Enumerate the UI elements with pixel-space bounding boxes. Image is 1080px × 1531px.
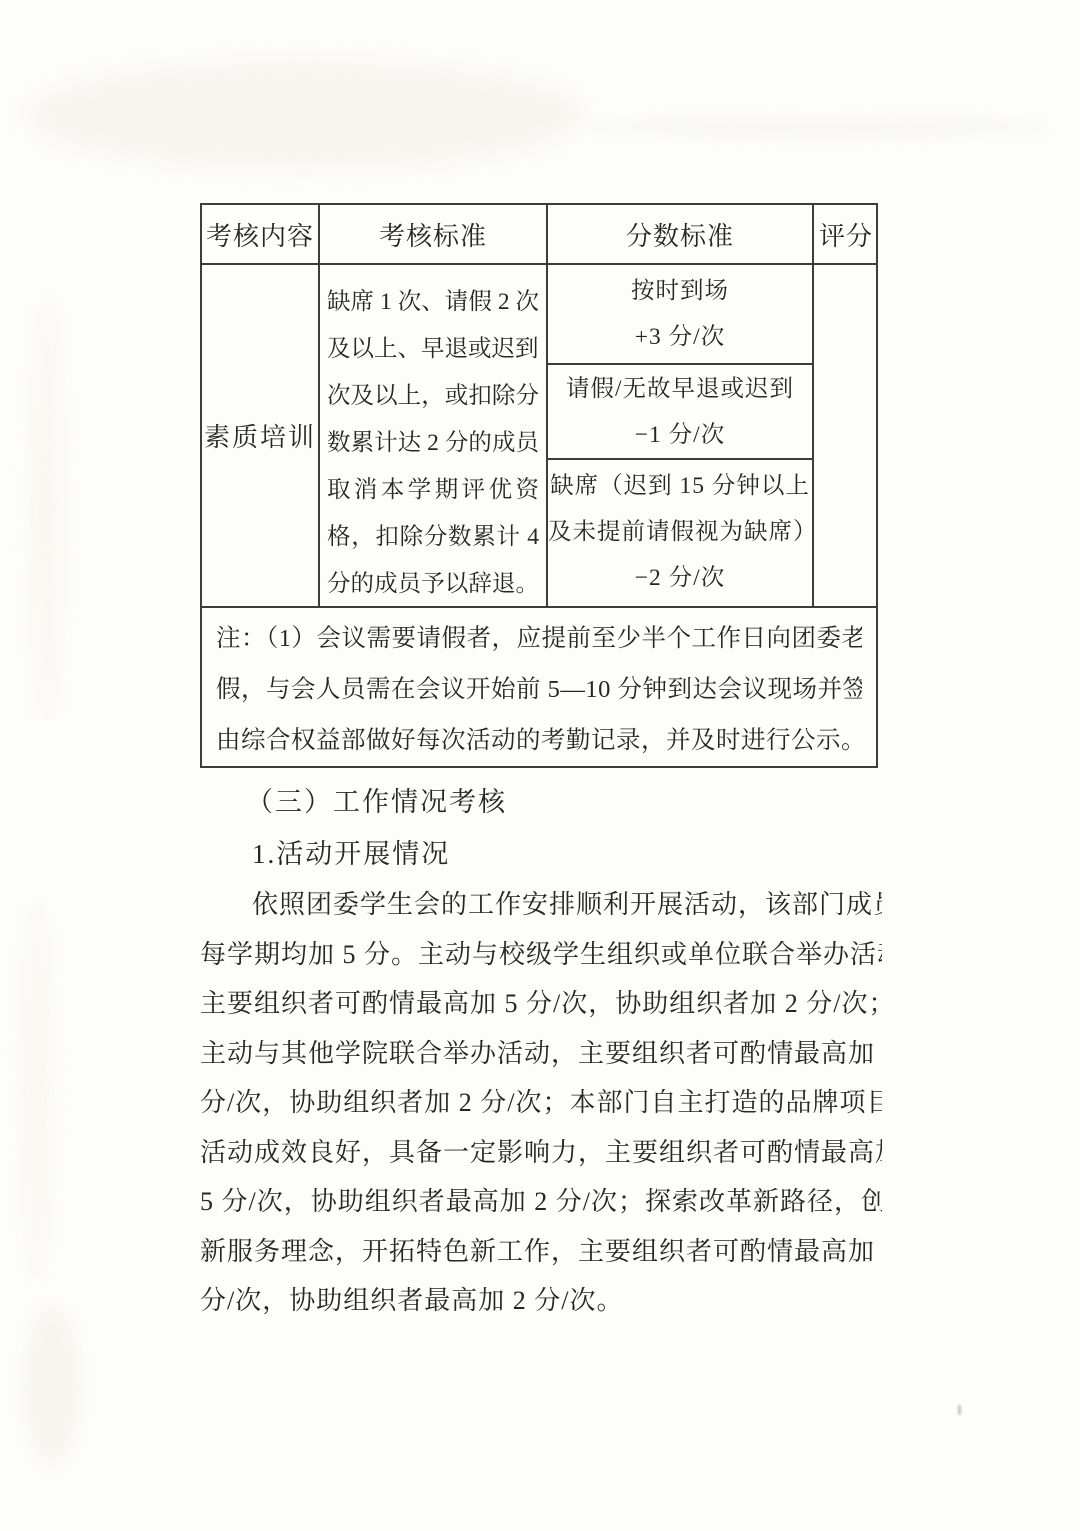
- assessment-table: 考核内容 考核标准 分数标准 评分 素质培训 缺席 1 次、请假 2 次 及以上…: [200, 203, 878, 768]
- scan-smudge: [590, 118, 1050, 136]
- scan-smudge: [25, 60, 585, 170]
- scan-smudge: [24, 1305, 80, 1465]
- cell-score-empty: [814, 265, 878, 606]
- section-subheading: 1.活动开展情况: [200, 828, 882, 880]
- criteria-line: 格，扣除分数累计 4: [327, 514, 539, 561]
- paragraph-line: 主要组织者可酌情最高加 5 分/次，协助组织者加 2 分/次；: [200, 979, 882, 1029]
- paragraph-line: 新服务理念，开拓特色新工作，主要组织者可酌情最高加 5: [200, 1227, 882, 1277]
- score-rule-line: 及未提前请假视为缺席）: [548, 509, 812, 555]
- criteria-line: 次及以上，或扣除分: [327, 373, 539, 420]
- scan-smudge: [22, 900, 52, 1280]
- paragraph-line: 分/次，协助组织者加 2 分/次；本部门自主打造的品牌项目: [200, 1078, 882, 1128]
- cell-score-standard: 按时到场 +3 分/次 请假/无故早退或迟到 −1 分/次 缺席（迟到 15 分…: [548, 265, 814, 606]
- criteria-line: 分的成员予以辞退。: [327, 561, 539, 606]
- paragraph-line: 依照团委学生会的工作安排顺利开展活动，该部门成员: [200, 880, 882, 930]
- note-line: 由综合权益部做好每次活动的考勤记录，并及时进行公示。: [216, 715, 862, 766]
- scanned-document-page: { "table": { "headers": ["考核内容", "考核标准",…: [0, 0, 1080, 1531]
- note-line: 注：（1）会议需要请假者，应提前至少半个工作日向团委老师请: [216, 613, 862, 664]
- cell-assessment-content: 素质培训: [202, 265, 320, 606]
- paragraph-line: 5 分/次，协助组织者最高加 2 分/次；探索改革新路径，创: [200, 1177, 882, 1227]
- note-line: 假，与会人员需在会议开始前 5—10 分钟到达会议现场并签到;（2）: [216, 664, 862, 715]
- paragraph-line: 主动与其他学院联合举办活动，主要组织者可酌情最高加 5: [200, 1029, 882, 1079]
- header-score: 评分: [814, 205, 878, 263]
- score-rule-line: +3 分/次: [548, 314, 812, 360]
- score-rule-on-time: 按时到场 +3 分/次: [548, 265, 812, 365]
- score-rule-leave-late: 请假/无故早退或迟到 −1 分/次: [548, 365, 812, 460]
- header-assessment-standard: 考核标准: [320, 205, 548, 263]
- scan-speck: [958, 1405, 961, 1415]
- criteria-line: 缺席 1 次、请假 2 次: [327, 279, 539, 326]
- section-heading: （三）工作情况考核: [200, 776, 882, 828]
- score-rule-absent: 缺席（迟到 15 分钟以上 及未提前请假视为缺席） −2 分/次: [548, 460, 812, 604]
- criteria-line: 取消本学期评优资: [327, 467, 539, 514]
- score-rule-line: 缺席（迟到 15 分钟以上: [548, 463, 812, 509]
- score-rule-line: 请假/无故早退或迟到: [548, 366, 812, 412]
- score-rule-line: −1 分/次: [548, 412, 812, 458]
- table-header-row: 考核内容 考核标准 分数标准 评分: [202, 205, 876, 265]
- paragraph-line: 活动成效良好，具备一定影响力，主要组织者可酌情最高加: [200, 1128, 882, 1178]
- table-note-row: 注：（1）会议需要请假者，应提前至少半个工作日向团委老师请 假，与会人员需在会议…: [202, 608, 876, 766]
- score-rule-line: 按时到场: [548, 268, 812, 314]
- criteria-line: 数累计达 2 分的成员: [327, 420, 539, 467]
- score-rule-line: −2 分/次: [548, 555, 812, 601]
- table-body-row: 素质培训 缺席 1 次、请假 2 次 及以上、早退或迟到 2 次及以上，或扣除分…: [202, 265, 876, 608]
- paragraph-line: 分/次，协助组织者最高加 2 分/次。: [200, 1276, 882, 1326]
- criteria-line: 及以上、早退或迟到 2: [327, 326, 539, 373]
- cell-assessment-standard: 缺席 1 次、请假 2 次 及以上、早退或迟到 2 次及以上，或扣除分 数累计达…: [320, 265, 548, 606]
- paragraph-line: 每学期均加 5 分。主动与校级学生组织或单位联合举办活动，: [200, 930, 882, 980]
- content-block: （三）工作情况考核 1.活动开展情况 依照团委学生会的工作安排顺利开展活动，该部…: [200, 776, 882, 1326]
- header-score-standard: 分数标准: [548, 205, 814, 263]
- header-assessment-content: 考核内容: [202, 205, 320, 263]
- scan-smudge: [30, 300, 64, 720]
